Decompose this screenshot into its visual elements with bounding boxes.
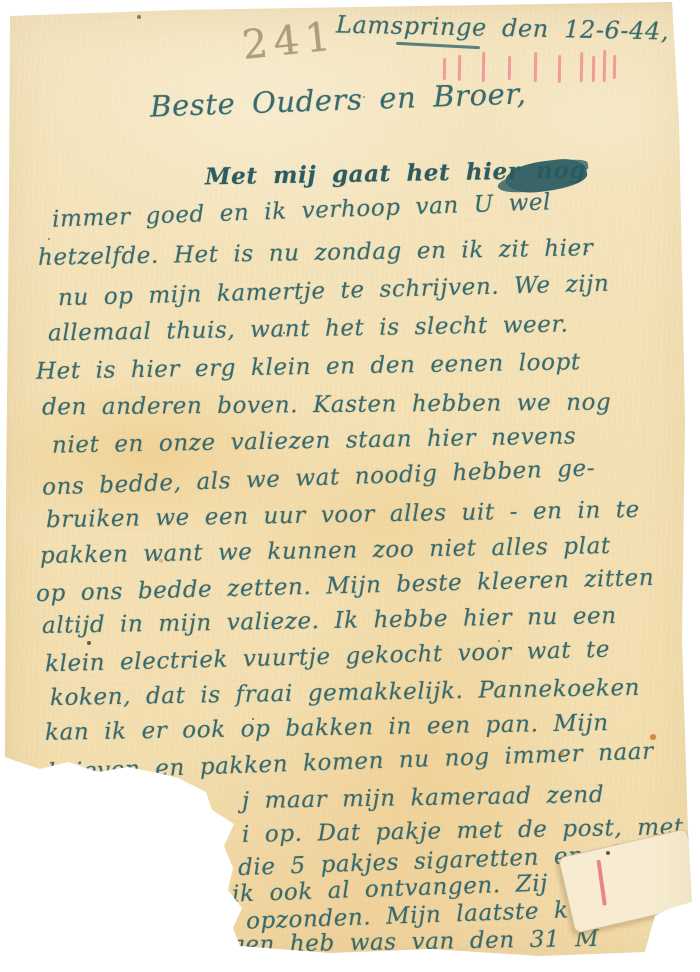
censor-tick <box>613 55 616 79</box>
body-line: allemaal thuis, want het is slecht weer. <box>48 313 569 345</box>
dateline: Lamspringe den 12-6-44, <box>336 13 670 44</box>
censor-tick <box>603 50 607 82</box>
pen-flourish <box>396 42 480 49</box>
censor-tick <box>534 52 538 82</box>
body-line: brieven en pakken komen nu nog immer naa… <box>48 740 654 784</box>
censor-tick <box>580 52 584 82</box>
body-line-torn: gen heb was van den 31 M <box>230 928 600 957</box>
body-line: op ons bedde zetten. Mijn beste kleeren … <box>36 567 655 606</box>
body-line: hetzelfde. Het is nu zondag en ik zit hi… <box>38 237 594 270</box>
body-line: Het is hier erg klein en den eenen loopt <box>36 351 581 384</box>
censor-tick <box>443 58 446 80</box>
censor-tick <box>592 56 595 82</box>
red-pencil-mark <box>596 860 606 906</box>
paper-specks <box>0 0 2 2</box>
body-line: niet en onze valiezen staan hier nevens <box>52 425 577 457</box>
body-line: nu op mijn kamertje te schrijven. We zij… <box>58 273 610 310</box>
body-line: altijd in mijn valieze. Ik hebbe hier nu… <box>42 605 617 638</box>
body-line: pakken want we kunnen zoo niet alles pla… <box>40 535 611 568</box>
body-line: kan ik er ook op bakken in een pan. Mijn <box>45 712 609 745</box>
scanned-letter-page: 241 Lamspringe den 12-6-44, Beste Ouders… <box>0 0 700 972</box>
letter-paper: 241 Lamspringe den 12-6-44, Beste Ouders… <box>0 0 700 972</box>
body-line: koken, dat is fraai gemakkelijk. Panneko… <box>50 677 640 710</box>
body-line: den anderen boven. Kasten hebben we nog <box>42 392 612 420</box>
salutation: Beste Ouders en Broer, <box>150 79 527 121</box>
body-line: klein electriek vuurtje gekocht voor wat… <box>45 639 611 677</box>
pencil-archive-number: 241 <box>240 13 339 69</box>
censor-tick <box>458 55 461 81</box>
body-line-torn: j maar mijn kameraad zend <box>242 784 605 813</box>
censor-tick <box>558 55 561 83</box>
body-line: ons bedde, als we wat noodig hebben ge- <box>42 457 596 499</box>
body-line: bruiken we een uur voor alles uit - en i… <box>46 499 640 532</box>
body-line: immer goed en ik verhoop van U wel <box>52 191 552 231</box>
